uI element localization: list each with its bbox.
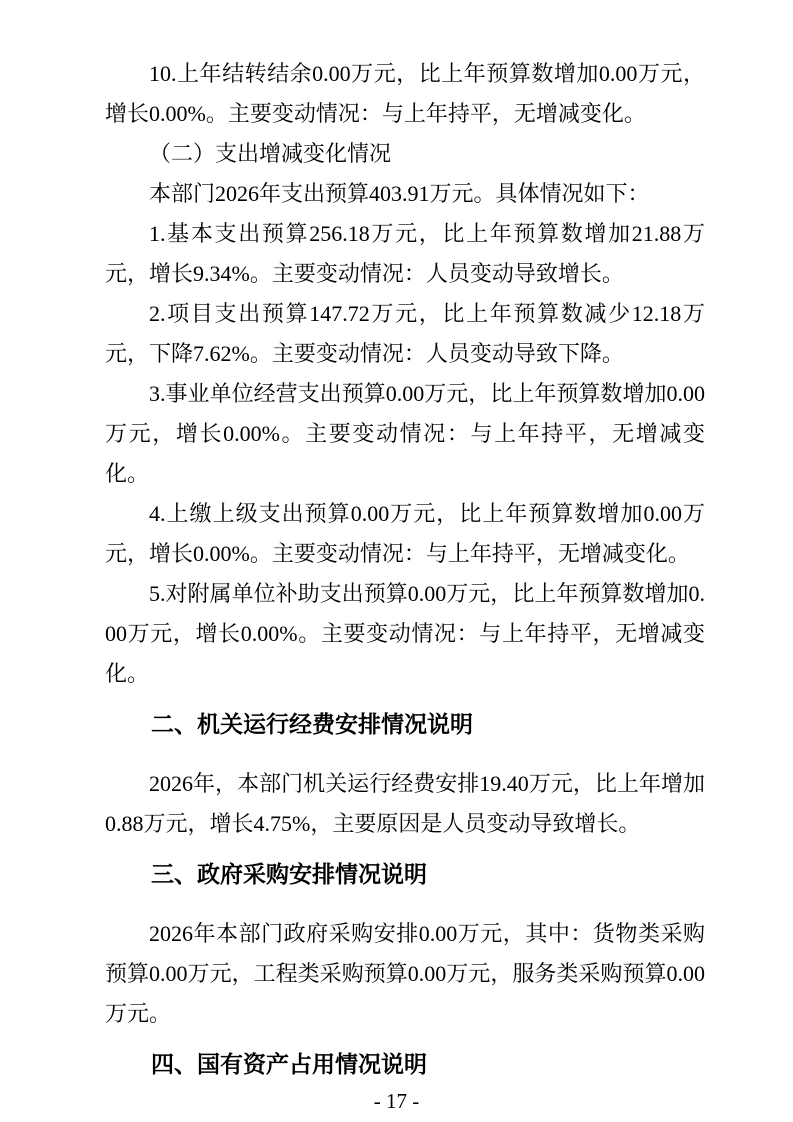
paragraph-upward-payment: 4.上缴上级支出预算0.00万元，比上年预算数增加0.00万元，增长0.00%。… (105, 494, 705, 574)
document-body: 10.上年结转结余0.00万元，比上年预算数增加0.00万元，增长0.00%。主… (0, 0, 793, 1084)
section-heading-state-assets: 四、国有资产占用情况说明 (105, 1044, 705, 1084)
section-heading-operating-funds: 二、机关运行经费安排情况说明 (105, 704, 705, 744)
section-heading-government-procurement: 三、政府采购安排情况说明 (105, 854, 705, 894)
page-footer: - 17 - (0, 1086, 793, 1116)
paragraph-subsidy-to-affiliates: 5.对附属单位补助支出预算0.00万元，比上年预算数增加0.00万元，增长0.0… (105, 574, 705, 694)
paragraph-operating-funds-detail: 2026年，本部门机关运行经费安排19.40万元，比上年增加0.88万元，增长4… (105, 764, 705, 844)
paragraph-procurement-detail: 2026年本部门政府采购安排0.00万元，其中：货物类采购预算0.00万元，工程… (105, 914, 705, 1034)
paragraph-project-expenditure: 2.项目支出预算147.72万元，比上年预算数减少12.18万元，下降7.62%… (105, 294, 705, 374)
document-page: 10.上年结转结余0.00万元，比上年预算数增加0.00万元，增长0.00%。主… (0, 0, 793, 1122)
page-number: - 17 - (374, 1089, 420, 1113)
subsection-title-expenditure-changes: （二）支出增减变化情况 (105, 134, 705, 174)
paragraph-operating-expenditure: 3.事业单位经营支出预算0.00万元，比上年预算数增加0.00万元，增长0.00… (105, 374, 705, 494)
paragraph-total-expenditure: 本部门2026年支出预算403.91万元。具体情况如下： (105, 174, 705, 214)
paragraph-basic-expenditure: 1.基本支出预算256.18万元，比上年预算数增加21.88万元，增长9.34%… (105, 214, 705, 294)
paragraph-carryover-balance: 10.上年结转结余0.00万元，比上年预算数增加0.00万元，增长0.00%。主… (105, 54, 705, 134)
